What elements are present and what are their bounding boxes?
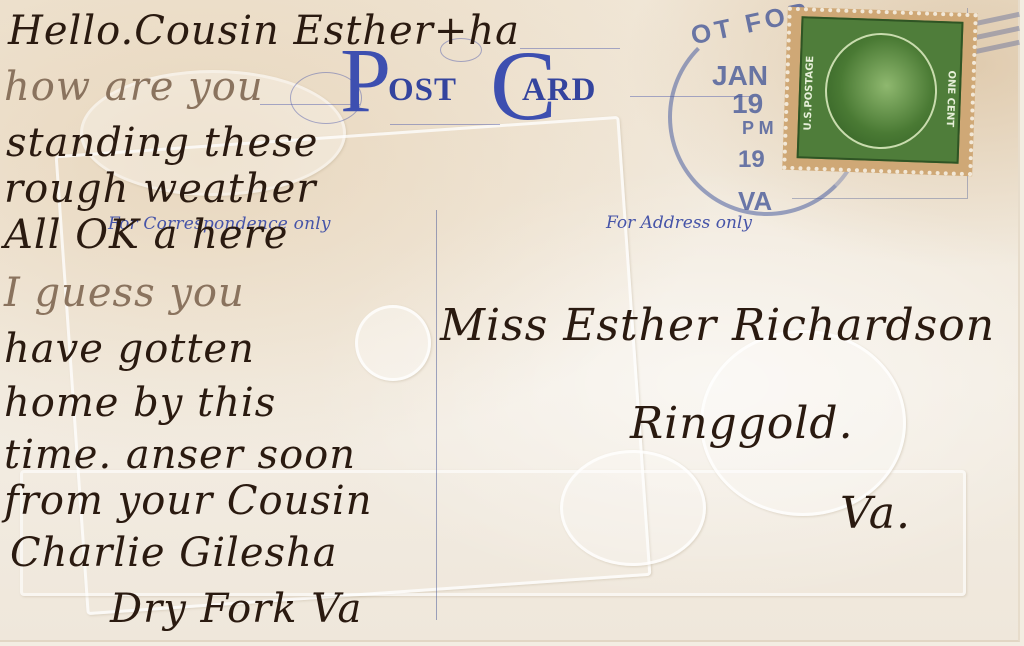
message-line: rough weather: [4, 166, 316, 212]
postmark-state: VA: [738, 186, 772, 217]
postage-stamp: U.S.POSTAGE ONE CENT: [782, 7, 978, 177]
postcard-heading: P OST C ARD: [300, 42, 630, 152]
postcard-back: P OST C ARD For Correspondence only For …: [0, 0, 1020, 642]
address-state: Va.: [840, 488, 911, 539]
postmark-year: 19: [738, 146, 765, 174]
center-divider: [436, 210, 437, 620]
ornament-rule: [390, 124, 500, 125]
post-text: OST: [388, 72, 457, 109]
message-line: I guess you: [4, 270, 245, 316]
message-line: Charlie Gilesha: [10, 530, 338, 576]
postmark-day: 19: [732, 88, 763, 120]
message-line: time. anser soon: [4, 432, 356, 478]
address-name: Miss Esther Richardson: [440, 300, 995, 351]
stamp-portrait: [823, 31, 939, 151]
message-line: Hello.Cousin Esther+ha: [8, 8, 520, 54]
stamp-face: U.S.POSTAGE ONE CENT: [797, 16, 964, 164]
message-line: All OK a here: [4, 212, 288, 258]
card-text: ARD: [522, 72, 597, 109]
message-line: have gotten: [4, 326, 255, 372]
embossed-ribbon: [560, 450, 706, 566]
message-line: how are you: [4, 64, 264, 110]
message-line: from your Cousin: [4, 478, 372, 524]
stamp-value-text: ONE CENT: [938, 38, 958, 158]
postmark-time: P M: [742, 118, 774, 139]
address-city: Ringgold.: [630, 398, 854, 449]
message-line: standing these: [6, 120, 318, 166]
address-label: For Address only: [606, 213, 752, 233]
message-line: home by this: [4, 380, 276, 426]
embossed-seal: [355, 305, 431, 381]
stamp-postage-text: U.S.POSTAGE: [802, 33, 822, 153]
message-line: Dry Fork Va: [110, 586, 362, 632]
